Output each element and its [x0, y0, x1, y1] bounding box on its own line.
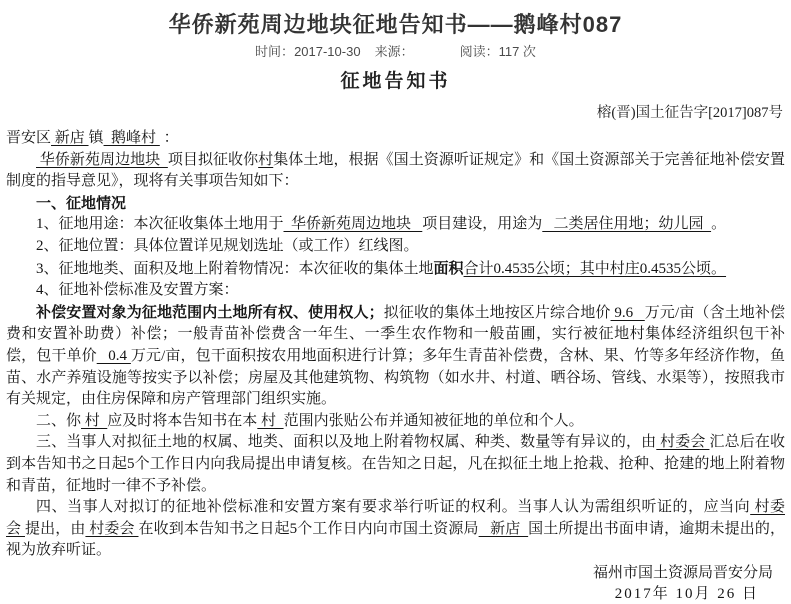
text-segment: ： [160, 130, 179, 146]
meta-source-label: 来源： [375, 44, 414, 59]
paragraph-intro: 华侨新苑周边地块 项目拟征收你村集体土地，根据《国土资源听证规定》和《国土资源部… [6, 150, 785, 193]
paragraph-salutation: 晋安区 新店 镇 鹅峰村 ： [6, 128, 785, 150]
paragraph-item-4-body: 补偿安置对象为征地范围内土地所有权、使用权人；拟征收的集体土地按区片综合地价 9… [6, 302, 785, 411]
text-segment: 二、你 [36, 413, 81, 429]
doc-title: 征地告知书 [6, 66, 785, 93]
meta-time-value: 2017-10-30 [294, 44, 361, 59]
filled-blank: 新店 [479, 521, 529, 537]
text-segment: 3、征地地类、面积及地上附着物情况：本次征收的集体土地 [36, 261, 434, 277]
document-page: 华侨新苑周边地块征地告知书——鹅峰村087 时间：2017-10-30来源：阅读… [0, 0, 791, 604]
paragraph-item-1-purpose: 1、征地用途：本次征收集体土地用于 华侨新苑周边地块 项目建设，用途为 二类居住… [6, 214, 785, 236]
text-segment: 面积 [434, 260, 464, 277]
filled-blank: 9.6 [611, 305, 645, 321]
article-meta: 时间：2017-10-30来源：阅读：117 次 [6, 41, 785, 60]
text-segment: 补偿安置对象为征地范围内土地所有权、使用权人； [36, 304, 384, 321]
text-segment: 4、征地补偿标准及安置方案： [36, 282, 239, 298]
text-segment: 四、当事人对拟订的征地补偿标准和安置方案有要求举行听证的权利。当事人认为需组织听… [36, 499, 750, 515]
text-segment: 1、征地用途：本次征收集体土地用于 [36, 216, 284, 232]
document-body: 晋安区 新店 镇 鹅峰村 ： 华侨新苑周边地块 项目拟征收你村集体土地，根据《国… [6, 128, 785, 562]
text-segment: 项目建设，用途为 [422, 216, 542, 232]
filled-blank: 村 [257, 413, 283, 429]
text-segment: 镇 [89, 130, 104, 146]
text-segment: 项目拟征收你 [168, 152, 258, 168]
paragraph-section-1-heading: 一、征地情况 [6, 193, 785, 215]
page-title: 华侨新苑周边地块征地告知书——鹅峰村087 [6, 8, 785, 39]
filled-blank: 村 [81, 413, 107, 429]
text-segment: 在收到本告知书之日起5个工作日内向市国土资源局 [139, 521, 479, 537]
filled-blank: 村委会 [656, 434, 709, 450]
paragraph-section-2: 二、你 村 应及时将本告知书在本 村 范围内张贴公布并通知被征地的单位和个人。 [6, 411, 785, 433]
signature-block: 福州市国土资源局晋安分局 2017年 10月 26 日 [6, 563, 785, 604]
paragraph-section-4: 四、当事人对拟订的征地补偿标准和安置方案有要求举行听证的权利。当事人认为需组织听… [6, 497, 785, 562]
filled-blank: 二类居住用地；幼儿园 [542, 216, 711, 232]
meta-views-value: 117 次 [499, 44, 536, 59]
meta-time-label: 时间： [255, 44, 294, 59]
filled-blank: 华侨新苑周边地块 [36, 152, 168, 168]
text-segment: 2、征地位置：具体位置详见规划选址（或工作）红线图。 [36, 238, 419, 254]
text-segment: 三、当事人对拟征土地的权属、地类、面积以及地上附着物权属、种类、数量等有异议的，… [36, 434, 656, 450]
meta-views-label: 阅读： [460, 44, 499, 59]
signature-date: 2017年 10月 26 日 [6, 584, 785, 604]
filled-blank: 鹅峰村 [104, 130, 160, 146]
paragraph-item-4-heading: 4、征地补偿标准及安置方案： [6, 280, 785, 302]
signature-org: 福州市国土资源局晋安分局 [6, 563, 785, 585]
filled-blank: 合计0.4535公顷；其中村庄0.4535公顷。 [464, 261, 727, 277]
text-segment: 拟征收的集体土地按区片综合地价 [384, 305, 611, 321]
text-segment: 范围内张贴公布并通知被征地的单位和个人。 [284, 413, 584, 429]
paragraph-section-3: 三、当事人对拟征土地的权属、地类、面积以及地上附着物权属、种类、数量等有异议的，… [6, 432, 785, 497]
filled-blank: 新店 [51, 130, 89, 146]
filled-blank: 村 [258, 152, 273, 168]
filled-blank: 0.4 [97, 348, 131, 364]
doc-number: 榕(晋)国土征告字[2017]087号 [6, 101, 783, 122]
paragraph-item-2-location: 2、征地位置：具体位置详见规划选址（或工作）红线图。 [6, 236, 785, 258]
text-segment: 一、征地情况 [36, 195, 126, 212]
text-segment: 提出，由 [25, 521, 85, 537]
text-segment: 应及时将本告知书在本 [107, 413, 257, 429]
text-segment: 。 [711, 216, 726, 232]
text-segment: 晋安区 [6, 130, 51, 146]
filled-blank: 华侨新苑周边地块 [284, 216, 423, 232]
filled-blank: 村委会 [85, 521, 138, 537]
paragraph-item-3-area: 3、征地地类、面积及地上附着物情况：本次征收的集体土地面积合计0.4535公顷；… [6, 258, 785, 281]
